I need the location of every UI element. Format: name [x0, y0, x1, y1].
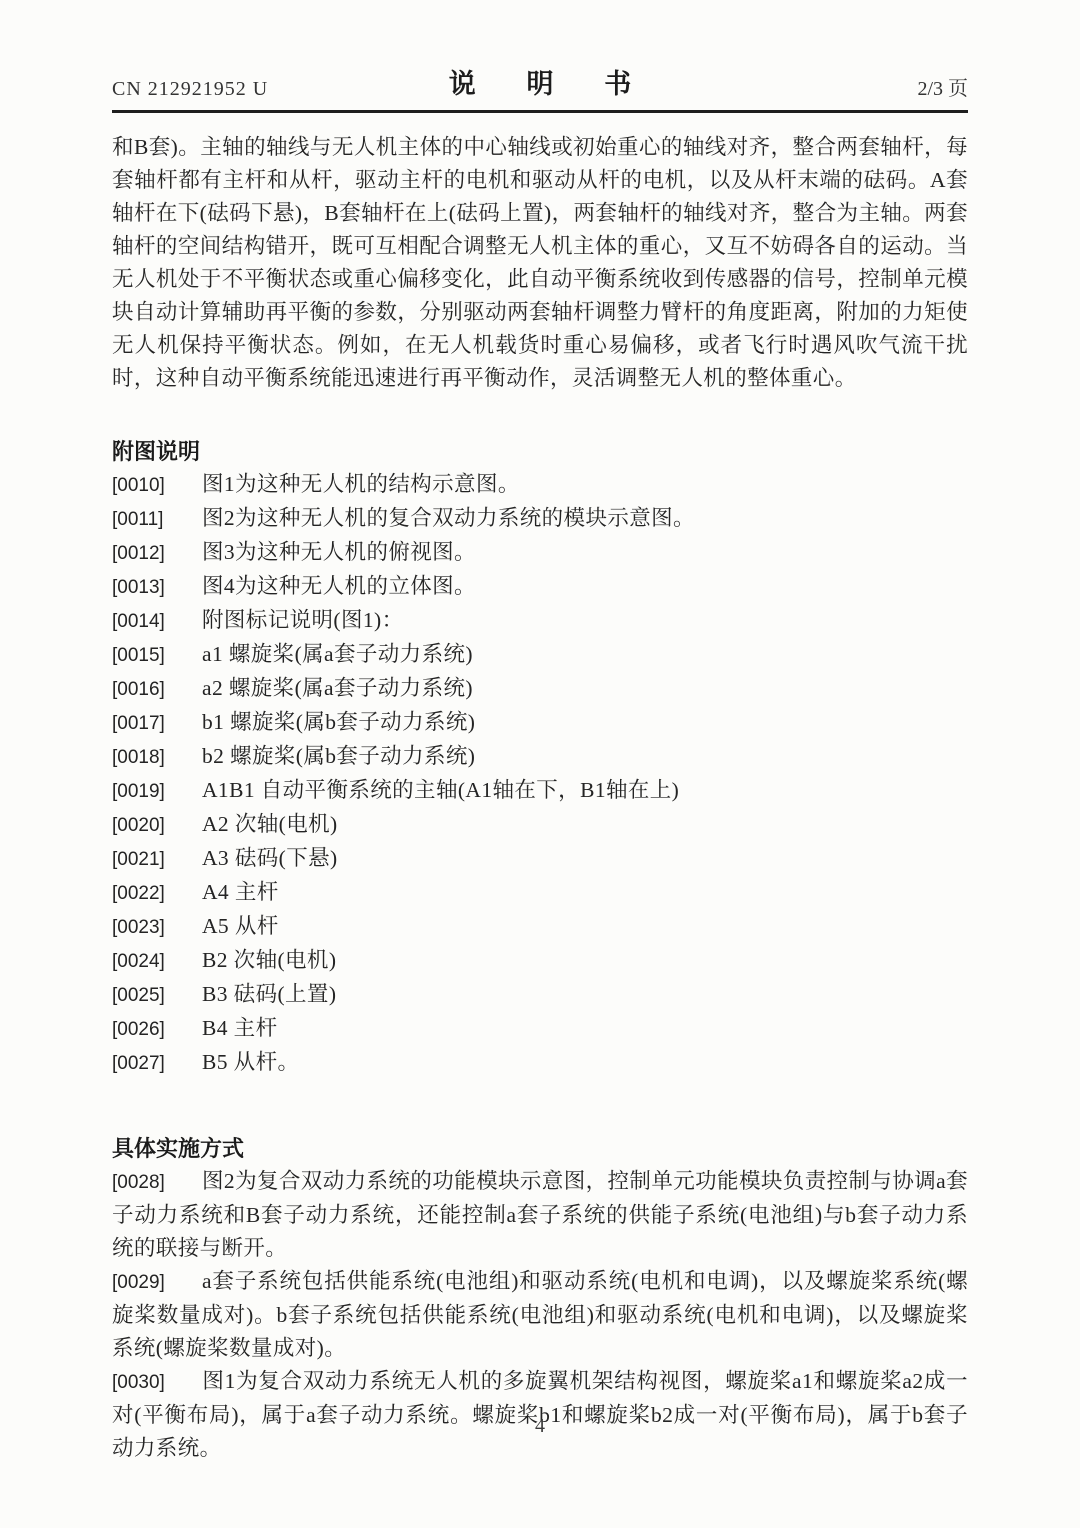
paragraph-text: A3 砝码(下悬) — [202, 846, 338, 870]
paragraph-number: [0013] — [112, 571, 202, 604]
figure-list-item: [0026]B4 主杆 — [112, 1012, 968, 1046]
paragraph-text: b2 螺旋桨(属b套子动力系统) — [202, 744, 475, 768]
numbered-paragraph: [0028]图2为复合双动力系统的功能模块示意图，控制单元功能模块负责控制与协调… — [112, 1165, 968, 1265]
page-header: CN 212921952 U 说 明 书 2/3 页 — [112, 62, 968, 101]
paragraph-number: [0010] — [112, 469, 202, 502]
figure-list-item: [0015]a1 螺旋桨(属a套子动力系统) — [112, 638, 968, 672]
figure-list-item: [0020]A2 次轴(电机) — [112, 808, 968, 842]
paragraph-number: [0018] — [112, 741, 202, 774]
paragraph-number: [0015] — [112, 639, 202, 672]
paragraph-text: A2 次轴(电机) — [202, 812, 338, 836]
paragraph-text: b1 螺旋桨(属b套子动力系统) — [202, 710, 475, 734]
paragraph-text: A1B1 自动平衡系统的主轴(A1轴在下，B1轴在上) — [202, 778, 679, 802]
paragraph-number: [0030] — [112, 1366, 202, 1399]
intro-paragraph: 和B套)。主轴的轴线与无人机主体的中心轴线或初始重心的轴线对齐，整合两套轴杆，每… — [112, 131, 968, 395]
paragraph-number: [0016] — [112, 673, 202, 706]
paragraph-number: [0011] — [112, 503, 202, 536]
paragraph-number: [0026] — [112, 1013, 202, 1046]
figure-list-item: [0027]B5 从杆。 — [112, 1046, 968, 1080]
paragraph-number: [0020] — [112, 809, 202, 842]
paragraph-text: A4 主杆 — [202, 880, 279, 904]
figure-list-item: [0011]图2为这种无人机的复合双动力系统的模块示意图。 — [112, 502, 968, 536]
patent-number: CN 212921952 U — [112, 78, 427, 101]
paragraph-text: 图2为这种无人机的复合双动力系统的模块示意图。 — [202, 506, 695, 530]
paragraph-number: [0028] — [112, 1166, 202, 1199]
paragraph-number: [0027] — [112, 1047, 202, 1080]
page-number: 4 — [0, 1415, 1080, 1438]
document-title: 说 明 书 — [427, 62, 654, 101]
paragraph-text: B2 次轴(电机) — [202, 948, 336, 972]
figure-list-item: [0025]B3 砝码(上置) — [112, 978, 968, 1012]
paragraph-number: [0012] — [112, 537, 202, 570]
paragraph-text: 图1为这种无人机的结构示意图。 — [202, 472, 520, 496]
patent-spec-page: CN 212921952 U 说 明 书 2/3 页 和B套)。主轴的轴线与无人… — [0, 0, 1080, 1528]
paragraph-number: [0019] — [112, 775, 202, 808]
figure-list-item: [0019]A1B1 自动平衡系统的主轴(A1轴在下，B1轴在上) — [112, 774, 968, 808]
paragraph-number: [0017] — [112, 707, 202, 740]
paragraph-number: [0029] — [112, 1266, 202, 1299]
embodiment-section-heading: 具体实施方式 — [112, 1132, 968, 1163]
figure-list-item: [0012]图3为这种无人机的俯视图。 — [112, 536, 968, 570]
figure-list-item: [0016]a2 螺旋桨(属a套子动力系统) — [112, 672, 968, 706]
paragraph-number: [0014] — [112, 605, 202, 638]
paragraph-number: [0025] — [112, 979, 202, 1012]
paragraph-text: B4 主杆 — [202, 1016, 277, 1040]
figure-list-item: [0017]b1 螺旋桨(属b套子动力系统) — [112, 706, 968, 740]
figure-list-item: [0021]A3 砝码(下悬) — [112, 842, 968, 876]
header-divider — [112, 110, 968, 113]
figure-list-item: [0014]附图标记说明(图1)： — [112, 604, 968, 638]
paragraph-text: a1 螺旋桨(属a套子动力系统) — [202, 642, 473, 666]
figure-list-item: [0018]b2 螺旋桨(属b套子动力系统) — [112, 740, 968, 774]
numbered-paragraph: [0029]a套子系统包括供能系统(电池组)和驱动系统(电机和电调)，以及螺旋桨… — [112, 1265, 968, 1365]
paragraph-text: 图4为这种无人机的立体图。 — [202, 574, 476, 598]
paragraph-text: B3 砝码(上置) — [202, 982, 336, 1006]
page-indicator: 2/3 页 — [653, 72, 968, 101]
paragraph-text: a套子系统包括供能系统(电池组)和驱动系统(电机和电调)，以及螺旋桨系统(螺旋桨… — [112, 1269, 968, 1360]
figure-list-item: [0024]B2 次轴(电机) — [112, 944, 968, 978]
paragraph-text: 图2为复合双动力系统的功能模块示意图，控制单元功能模块负责控制与协调a套子动力系… — [112, 1169, 968, 1260]
figure-list-item: [0022]A4 主杆 — [112, 876, 968, 910]
paragraph-text: a2 螺旋桨(属a套子动力系统) — [202, 676, 473, 700]
paragraph-number: [0024] — [112, 945, 202, 978]
figure-list-item: [0010]图1为这种无人机的结构示意图。 — [112, 468, 968, 502]
paragraph-number: [0021] — [112, 843, 202, 876]
figures-section-heading: 附图说明 — [112, 435, 968, 466]
figure-list-item: [0013]图4为这种无人机的立体图。 — [112, 570, 968, 604]
paragraph-number: [0023] — [112, 911, 202, 944]
paragraph-text: 图3为这种无人机的俯视图。 — [202, 540, 476, 564]
paragraph-text: A5 从杆 — [202, 914, 279, 938]
paragraph-text: B5 从杆。 — [202, 1050, 299, 1074]
paragraph-number: [0022] — [112, 877, 202, 910]
figure-list-item: [0023]A5 从杆 — [112, 910, 968, 944]
paragraph-text: 附图标记说明(图1)： — [202, 608, 403, 632]
